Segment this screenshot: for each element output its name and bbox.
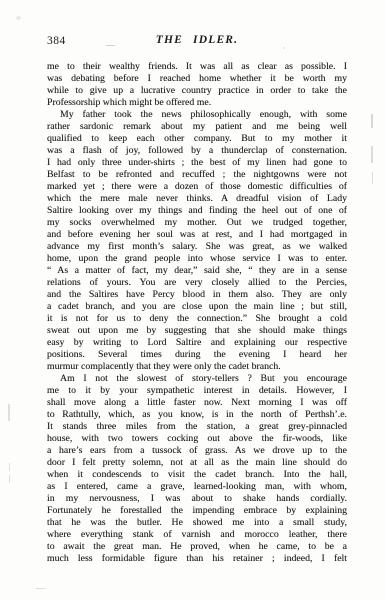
text-line: murmur complacently that they were only …	[47, 361, 347, 373]
text-line: while to give up a lucrative country pra…	[47, 85, 347, 97]
running-title: THE IDLER.	[47, 34, 347, 46]
text-line: when it condescends to visit the cadet b…	[47, 469, 347, 481]
scan-artifact	[36, 588, 45, 589]
text-line: I had only three under-shirts ; the best…	[47, 157, 347, 169]
text-line: and before evening her soul was at rest,…	[47, 229, 347, 241]
scan-artifact	[371, 114, 373, 128]
scan-artifact	[372, 172, 373, 184]
text-line: Belfast to be refronted and recuffed ; t…	[47, 169, 347, 181]
text-line: me to it by your sympathetic interest in…	[47, 385, 347, 397]
text-line: Fortunately he forestalled the impending…	[47, 505, 347, 517]
text-line: home, upon the grand people into whose s…	[47, 253, 347, 265]
text-line: door I felt pretty solemn, not at all as…	[47, 457, 347, 469]
text-line: “ As a matter of fact, my dear,” said sh…	[47, 265, 347, 277]
text-line: me to their wealthy friends. It was all …	[47, 61, 347, 73]
text-line: where everything stank of varnish and mo…	[47, 529, 347, 541]
scan-artifact	[283, 47, 285, 49]
text-line: sweat out upon me by suggesting that she…	[47, 325, 347, 337]
scan-artifact	[9, 463, 10, 471]
text-line: easy by writing to Lord Saltire and expl…	[47, 337, 347, 349]
text-line: to Rathtully, which, as you know, is in …	[47, 409, 347, 421]
text-line: which the mere male never thinks. A drea…	[47, 193, 347, 205]
text-line: qualified to keep each other company. Bu…	[47, 133, 347, 145]
text-line: My father took the news philosophically …	[47, 109, 347, 121]
book-page: 384 THE IDLER. me to their wealthy frien…	[0, 0, 385, 600]
text-line: to await the great man. He proved, when …	[47, 541, 347, 553]
text-line: It stands three miles from the station, …	[47, 421, 347, 433]
scan-artifact	[371, 146, 373, 163]
text-line: it is not for us to deny the connection.…	[47, 313, 347, 325]
text-line: my socks overwhelmed my mother. Out we t…	[47, 217, 347, 229]
text-line: as I entered, came a grave, learned-look…	[47, 481, 347, 493]
text-line: was a flash of joy, followed by a thunde…	[47, 145, 347, 157]
text-line: that he was the butler. He showed me int…	[47, 517, 347, 529]
text-line: and the Saltires have Percy blood in the…	[47, 289, 347, 301]
text-column: me to their wealthy friends. It was all …	[47, 61, 347, 565]
text-line: positions. Several times during the even…	[47, 349, 347, 361]
text-line: a cadet branch, and you are close upon t…	[47, 301, 347, 313]
text-line: in my nervousness, I was about to shake …	[47, 493, 347, 505]
text-line: house, with two towers cocking out above…	[47, 433, 347, 445]
text-line: marked yet ; there were a dozen of those…	[47, 181, 347, 193]
text-line: shall move along a little faster now. Ne…	[47, 397, 347, 409]
text-line: Saltire looking over my things and findi…	[47, 205, 347, 217]
scan-artifact	[16, 16, 21, 20]
text-line: much less formidable figure than his ret…	[47, 553, 347, 565]
text-line: advance my first month’s salary. She was…	[47, 241, 347, 253]
text-line: Am I not the slowest of story-tellers ? …	[47, 373, 347, 385]
text-line: a hare’s ears from a tussock of grass. A…	[47, 445, 347, 457]
scan-artifact	[8, 404, 10, 421]
text-line: was debating before I reached home wheth…	[47, 73, 347, 85]
text-line: rather sardonic remark about my patient …	[47, 121, 347, 133]
scan-artifact	[9, 475, 10, 483]
text-line: relations of yours. You are very closely…	[47, 277, 347, 289]
text-line: Professorship which might be offered me.	[47, 97, 347, 109]
